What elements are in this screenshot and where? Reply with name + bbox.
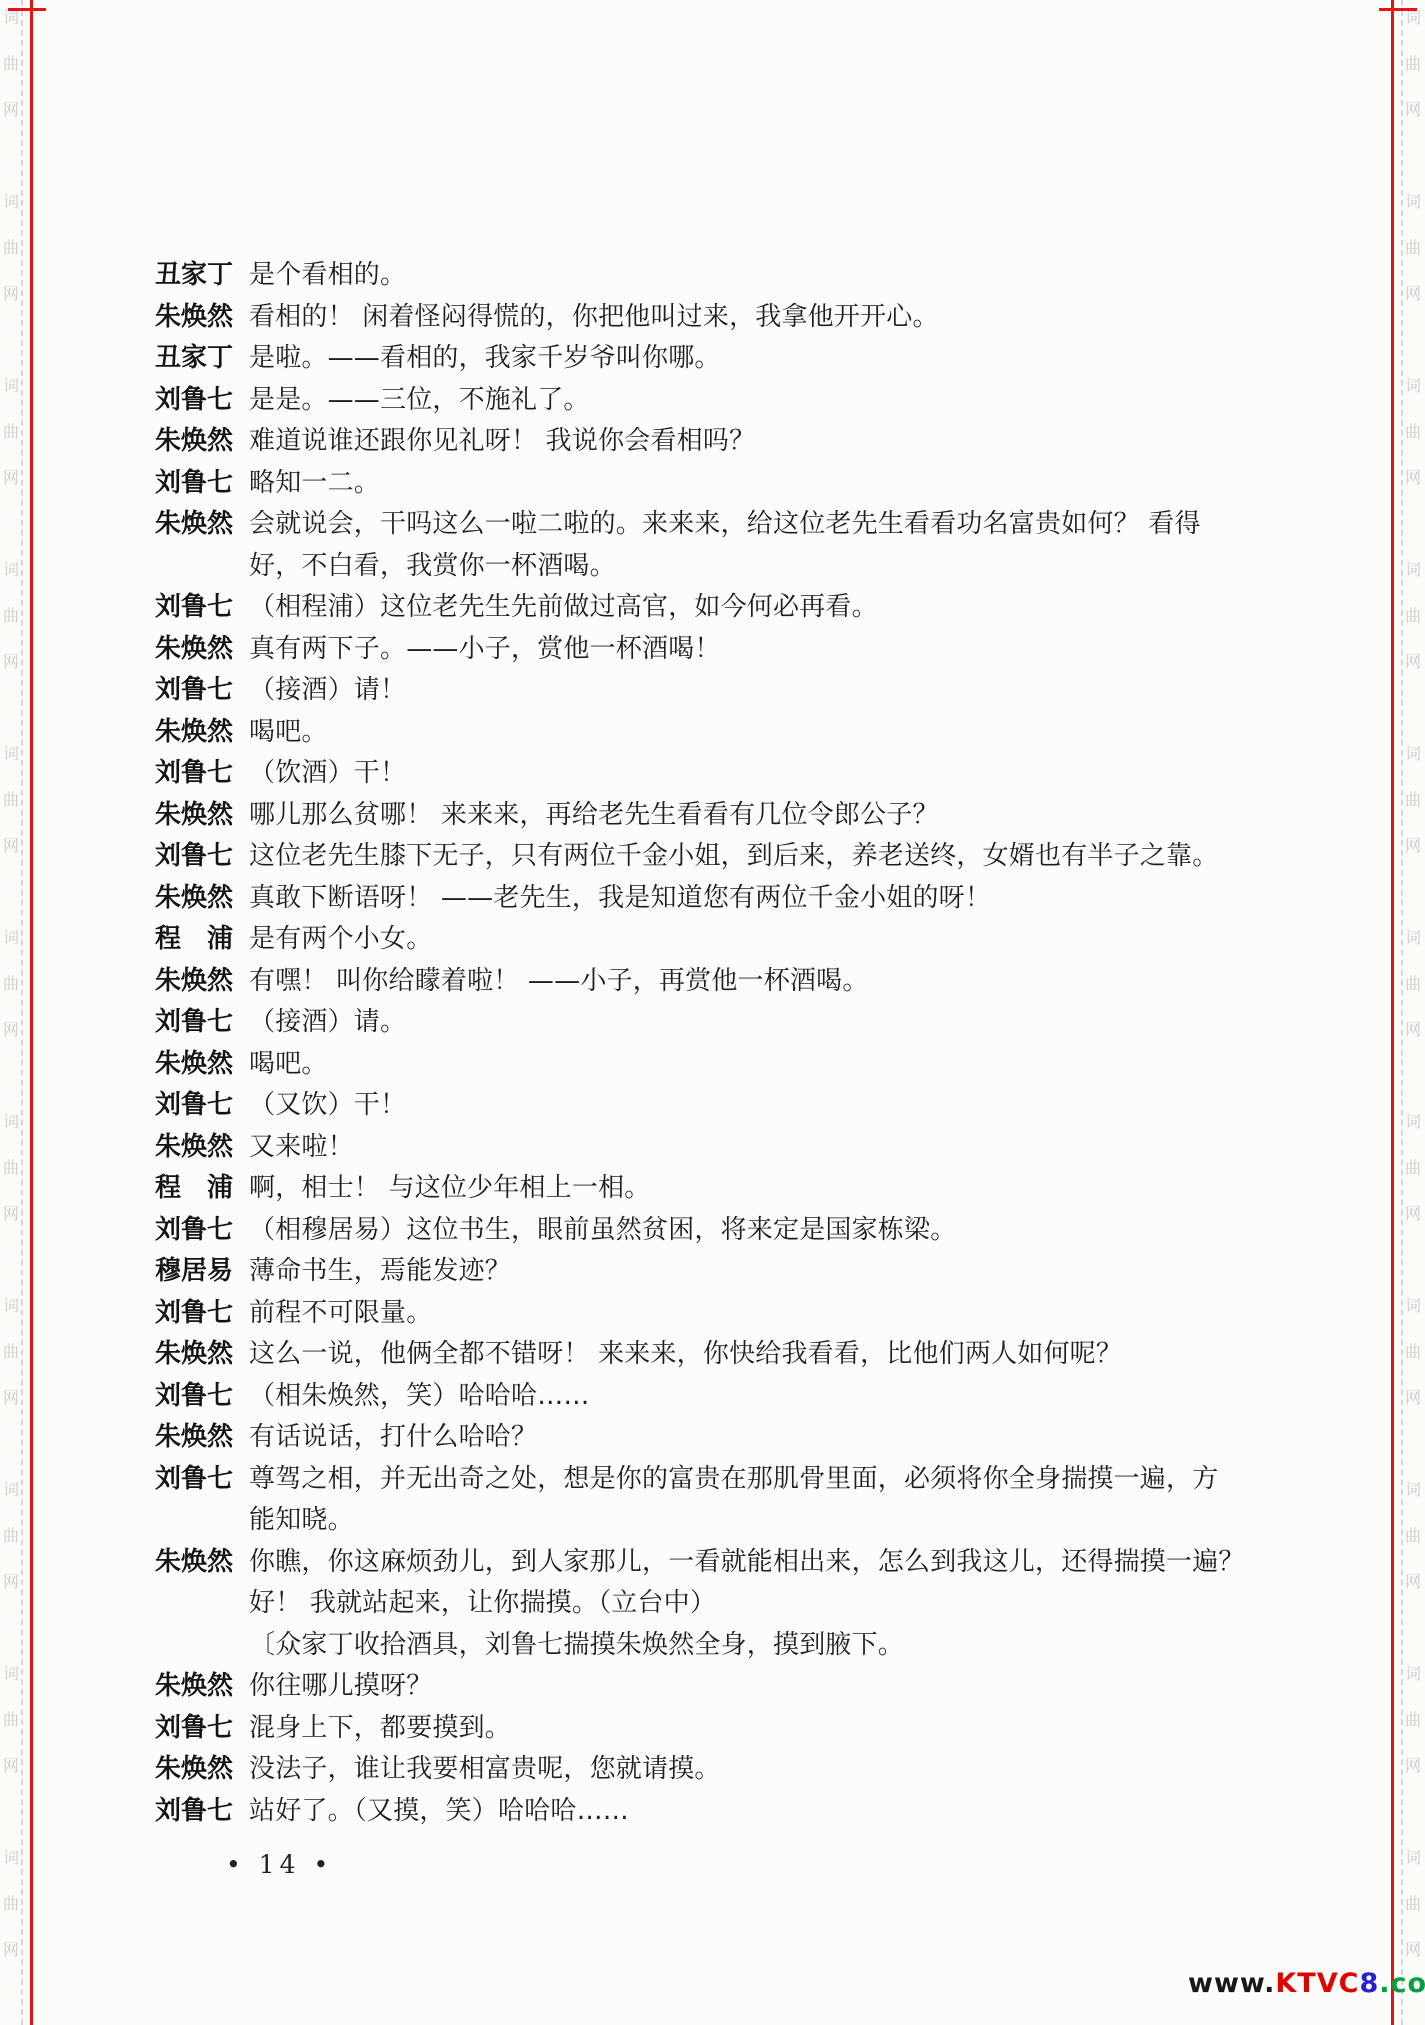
dialogue-text: 混身上下，都要摸到。 <box>249 1707 511 1744</box>
edge-watermark-char: 网 <box>1405 838 1421 854</box>
dialogue-text: （接酒）请。 <box>249 1001 406 1038</box>
script-line: 朱焕然 喝吧。 <box>155 1041 1245 1083</box>
dialogue-text: 没法子，谁让我要相富贵呢，您就请摸。 <box>249 1748 721 1785</box>
edge-watermark-char: 网 <box>3 1758 19 1774</box>
script-line: 刘鲁七 这位老先生膝下无子，只有两位千金小姐，到后来，养老送终，女婿也有半子之靠… <box>155 833 1245 875</box>
script-line: 朱焕然 真有两下子。——小子，赏他一杯酒喝！ <box>155 626 1245 668</box>
edge-watermark-char: 词 <box>1405 746 1421 762</box>
script-line: 刘鲁七 是是。——三位，不施礼了。 <box>155 377 1245 419</box>
edge-watermark-char: 曲 <box>1405 240 1421 256</box>
script-line: 刘鲁七 （饮酒）干！ <box>155 750 1245 792</box>
dialogue-text: 是啦。——看相的，我家千岁爷叫你哪。 <box>249 337 721 374</box>
script-line: 刘鲁七 （相穆居易）这位书生，眼前虽然贫困，将来定是国家栋梁。 <box>155 1207 1245 1249</box>
script-line: 刘鲁七 前程不可限量。 <box>155 1290 1245 1332</box>
speaker-name: 刘鲁七 <box>155 1375 237 1412</box>
edge-watermark-char: 网 <box>3 1574 19 1590</box>
script-line: 刘鲁七 （相朱焕然，笑）哈哈哈…… <box>155 1373 1245 1415</box>
speaker-name: 刘鲁七 <box>155 1292 237 1329</box>
edge-watermark-char: 曲 <box>1405 1712 1421 1728</box>
edge-watermark-char: 词 <box>3 562 19 578</box>
edge-watermark-char: 网 <box>1405 1942 1421 1958</box>
edge-watermark-char: 词 <box>1405 1114 1421 1130</box>
script-line: 好，不白看，我赏你一杯酒喝。 <box>155 543 1245 585</box>
edge-watermark-char: 曲 <box>1405 792 1421 808</box>
speaker-name: 刘鲁七 <box>155 1458 237 1495</box>
script-line: 朱焕然 哪儿那么贫哪！ 来来来，再给老先生看看有几位令郎公子？ <box>155 792 1245 834</box>
edge-watermark-char: 词 <box>3 1114 19 1130</box>
edge-watermark-char: 网 <box>1405 470 1421 486</box>
speaker-name: 程 浦 <box>155 918 237 955</box>
script-line: 刘鲁七 （接酒）请。 <box>155 999 1245 1041</box>
script-line: 朱焕然 你往哪儿摸呀？ <box>155 1663 1245 1705</box>
dialogue-text: （饮酒）干！ <box>249 752 406 789</box>
speaker-name: 刘鲁七 <box>155 752 237 789</box>
dialogue-text: 看相的！ 闲着怪闷得慌的，你把他叫过来，我拿他开开心。 <box>249 296 939 333</box>
edge-watermark-char: 曲 <box>3 976 19 992</box>
speaker-name: 刘鲁七 <box>155 835 237 872</box>
edge-watermark-char: 词 <box>3 194 19 210</box>
script-line: 刘鲁七 略知一二。 <box>155 460 1245 502</box>
crop-mark-horizontal-left <box>8 8 46 11</box>
script-line: 朱焕然 有话说话，打什么哈哈？ <box>155 1414 1245 1456</box>
speaker-name: 朱焕然 <box>155 711 237 748</box>
script-line: 程 浦 啊，相士！ 与这位少年相上一相。 <box>155 1165 1245 1207</box>
crop-mark-vertical-left <box>30 0 33 2025</box>
speaker-name: 朱焕然 <box>155 1333 237 1370</box>
edge-watermark-char: 词 <box>3 10 19 26</box>
site-watermark-ktvc: KTVC <box>1275 1968 1359 1999</box>
edge-watermark-char: 网 <box>1405 654 1421 670</box>
dialogue-text: 这位老先生膝下无子，只有两位千金小姐，到后来，养老送终，女婿也有半子之靠。 <box>249 835 1218 872</box>
dialogue-text: 略知一二。 <box>249 462 380 499</box>
script-line: 朱焕然 看相的！ 闲着怪闷得慌的，你把他叫过来，我拿他开开心。 <box>155 294 1245 336</box>
edge-watermark-char: 网 <box>3 102 19 118</box>
page-number: • 14 • <box>226 1850 333 1879</box>
edge-watermark-char: 词 <box>3 1482 19 1498</box>
edge-watermark-char: 曲 <box>3 1896 19 1912</box>
speaker-name: 朱焕然 <box>155 794 237 831</box>
speaker-name: 刘鲁七 <box>155 462 237 499</box>
edge-watermark-char: 网 <box>3 838 19 854</box>
edge-watermark-char: 词 <box>3 930 19 946</box>
edge-watermark-char: 网 <box>1405 286 1421 302</box>
dialogue-text: 尊驾之相，并无出奇之处，想是你的富贵在那肌骨里面，必须将你全身揣摸一遍，方 <box>249 1458 1218 1495</box>
dialogue-text: 难道说谁还跟你见礼呀！ 我说你会看相吗？ <box>249 420 755 457</box>
speaker-name: 朱焕然 <box>155 1541 237 1578</box>
edge-watermark-char: 曲 <box>1405 1344 1421 1360</box>
edge-watermark-char: 词 <box>1405 10 1421 26</box>
edge-watermark-char: 网 <box>1405 1206 1421 1222</box>
edge-watermark-char: 网 <box>3 654 19 670</box>
edge-watermark-char: 网 <box>1405 1758 1421 1774</box>
edge-watermark-char: 曲 <box>3 240 19 256</box>
speaker-name: 刘鲁七 <box>155 669 237 706</box>
crop-mark-horizontal-right <box>1379 8 1417 11</box>
edge-watermark-char: 曲 <box>3 1528 19 1544</box>
edge-watermark-char: 词 <box>1405 378 1421 394</box>
site-watermark: www.KTVC8.com <box>1188 1968 1425 1999</box>
edge-watermark-char: 曲 <box>1405 56 1421 72</box>
speaker-name: 朱焕然 <box>155 1665 237 1702</box>
speaker-name: 刘鲁七 <box>155 1084 237 1121</box>
dialogue-text: （相程浦）这位老先生先前做过高官，如今何必再看。 <box>249 586 878 623</box>
script-line: 朱焕然 会就说会，干吗这么一啦二啦的。来来来，给这位老先生看看功名富贵如何？ 看… <box>155 501 1245 543</box>
dialogue-text: （接酒）请！ <box>249 669 406 706</box>
dialogue-text: 是个看相的。 <box>249 254 406 291</box>
script-line: 朱焕然 有嘿！ 叫你给矇着啦！ ——小子，再赏他一杯酒喝。 <box>155 958 1245 1000</box>
site-watermark-www: www. <box>1188 1968 1275 1999</box>
edge-watermark-char: 词 <box>3 1666 19 1682</box>
script-line: 穆居易 薄命书生，焉能发迹？ <box>155 1248 1245 1290</box>
script-line: 程 浦 是有两个小女。 <box>155 916 1245 958</box>
dialogue-text: 有嘿！ 叫你给矇着啦！ ——小子，再赏他一杯酒喝。 <box>249 960 869 997</box>
speaker-name: 朱焕然 <box>155 1416 237 1453</box>
dialogue-text: 能知晓。 <box>249 1499 354 1536</box>
dialogue-text: 前程不可限量。 <box>249 1292 432 1329</box>
edge-watermark-char: 曲 <box>3 608 19 624</box>
dialogue-text: 薄命书生，焉能发迹？ <box>249 1250 511 1287</box>
speaker-name: 刘鲁七 <box>155 1790 237 1827</box>
edge-watermark-left: 词曲网词曲网词曲网词曲网词曲网词曲网词曲网词曲网词曲网词曲网词曲网 <box>3 0 23 2025</box>
speaker-name: 朱焕然 <box>155 1748 237 1785</box>
edge-watermark-char: 词 <box>3 1298 19 1314</box>
script-line: 能知晓。 <box>155 1497 1245 1539</box>
site-watermark-8: 8 <box>1359 1968 1379 1999</box>
dialogue-text: 真敢下断语呀！ ——老先生，我是知道您有两位千金小姐的呀！ <box>249 877 991 914</box>
speaker-name: 刘鲁七 <box>155 1707 237 1744</box>
edge-watermark-char: 词 <box>1405 1482 1421 1498</box>
dialogue-text: 站好了。（又摸，笑）哈哈哈…… <box>249 1790 629 1827</box>
speaker-name: 朱焕然 <box>155 296 237 333</box>
edge-watermark-char: 词 <box>1405 1666 1421 1682</box>
script-line: 刘鲁七 （又饮）干！ <box>155 1082 1245 1124</box>
dialogue-text: 啊，相士！ 与这位少年相上一相。 <box>249 1167 650 1204</box>
speaker-name: 刘鲁七 <box>155 586 237 623</box>
dialogue-text: （相穆居易）这位书生，眼前虽然贫困，将来定是国家栋梁。 <box>249 1209 956 1246</box>
edge-watermark-char: 网 <box>3 1022 19 1038</box>
edge-watermark-char: 曲 <box>3 1712 19 1728</box>
crop-mark-vertical-right <box>1391 0 1394 2025</box>
edge-watermark-char: 曲 <box>1405 1160 1421 1176</box>
edge-watermark-char: 曲 <box>1405 1896 1421 1912</box>
site-watermark-com: .com <box>1379 1968 1425 1999</box>
speaker-name: 丑家丁 <box>155 337 237 374</box>
edge-watermark-char: 网 <box>3 1390 19 1406</box>
dialogue-text: 哪儿那么贫哪！ 来来来，再给老先生看看有几位令郎公子？ <box>249 794 939 831</box>
dialogue-text: 你瞧，你这麻烦劲儿，到人家那儿，一看就能相出来，怎么到我这儿，还得揣摸一遍？ <box>249 1541 1245 1578</box>
edge-watermark-char: 网 <box>3 1942 19 1958</box>
edge-watermark-char: 词 <box>3 1850 19 1866</box>
speaker-name: 朱焕然 <box>155 960 237 997</box>
script-line: 朱焕然 你瞧，你这麻烦劲儿，到人家那儿，一看就能相出来，怎么到我这儿，还得揣摸一… <box>155 1539 1245 1581</box>
dialogue-text: 喝吧。 <box>249 711 328 748</box>
edge-watermark-char: 网 <box>1405 1574 1421 1590</box>
edge-watermark-char: 词 <box>1405 1850 1421 1866</box>
edge-watermark-char: 网 <box>3 1206 19 1222</box>
edge-watermark-char: 网 <box>3 286 19 302</box>
edge-watermark-char: 词 <box>3 746 19 762</box>
script-line: 刘鲁七 尊驾之相，并无出奇之处，想是你的富贵在那肌骨里面，必须将你全身揣摸一遍，… <box>155 1456 1245 1498</box>
edge-watermark-char: 曲 <box>1405 1528 1421 1544</box>
dialogue-text: 真有两下子。——小子，赏他一杯酒喝！ <box>249 628 721 665</box>
script-line: 刘鲁七 （接酒）请！ <box>155 667 1245 709</box>
dialogue-text: 喝吧。 <box>249 1043 328 1080</box>
edge-watermark-char: 曲 <box>3 1344 19 1360</box>
speaker-name: 朱焕然 <box>155 628 237 665</box>
edge-watermark-char: 网 <box>1405 102 1421 118</box>
speaker-name: 穆居易 <box>155 1250 237 1287</box>
speaker-name: 丑家丁 <box>155 254 237 291</box>
edge-watermark-char: 曲 <box>1405 976 1421 992</box>
dialogue-text: 是有两个小女。 <box>249 918 432 955</box>
speaker-name: 朱焕然 <box>155 420 237 457</box>
script-line: 朱焕然 真敢下断语呀！ ——老先生，我是知道您有两位千金小姐的呀！ <box>155 875 1245 917</box>
edge-watermark-char: 网 <box>3 470 19 486</box>
script-page-body: 丑家丁 是个看相的。 朱焕然 看相的！ 闲着怪闷得慌的，你把他叫过来，我拿他开开… <box>155 252 1245 1829</box>
edge-watermark-char: 网 <box>1405 1022 1421 1038</box>
edge-watermark-char: 词 <box>1405 930 1421 946</box>
speaker-name: 刘鲁七 <box>155 1001 237 1038</box>
edge-watermark-char: 词 <box>3 378 19 394</box>
speaker-name: 刘鲁七 <box>155 379 237 416</box>
dialogue-text: （相朱焕然，笑）哈哈哈…… <box>249 1375 590 1412</box>
edge-watermark-char: 曲 <box>1405 608 1421 624</box>
script-line: 丑家丁 是啦。——看相的，我家千岁爷叫你哪。 <box>155 335 1245 377</box>
edge-watermark-char: 词 <box>1405 562 1421 578</box>
dialogue-text: 〔众家丁收拾酒具，刘鲁七揣摸朱焕然全身，摸到腋下。 <box>249 1624 904 1661</box>
dialogue-text: 好！ 我就站起来，让你揣摸。（立台中） <box>249 1582 716 1619</box>
script-line: 朱焕然 没法子，谁让我要相富贵呢，您就请摸。 <box>155 1746 1245 1788</box>
script-line: 刘鲁七 站好了。（又摸，笑）哈哈哈…… <box>155 1788 1245 1830</box>
script-line: 朱焕然 喝吧。 <box>155 709 1245 751</box>
script-line: 丑家丁 是个看相的。 <box>155 252 1245 294</box>
dialogue-text: 你往哪儿摸呀？ <box>249 1665 432 1702</box>
edge-watermark-right: 词曲网词曲网词曲网词曲网词曲网词曲网词曲网词曲网词曲网词曲网词曲网 <box>1405 0 1425 2025</box>
script-line: 朱焕然 这么一说，他俩全都不错呀！ 来来来，你快给我看看，比他们两人如何呢？ <box>155 1331 1245 1373</box>
right-edge-dashed-rule <box>1401 0 1403 2025</box>
script-line: 朱焕然 难道说谁还跟你见礼呀！ 我说你会看相吗？ <box>155 418 1245 460</box>
edge-watermark-char: 词 <box>1405 1298 1421 1314</box>
edge-watermark-char: 曲 <box>3 792 19 808</box>
script-line: 〔众家丁收拾酒具，刘鲁七揣摸朱焕然全身，摸到腋下。 <box>155 1622 1245 1664</box>
script-line: 刘鲁七 混身上下，都要摸到。 <box>155 1705 1245 1747</box>
script-line: 好！ 我就站起来，让你揣摸。（立台中） <box>155 1580 1245 1622</box>
dialogue-text: 有话说话，打什么哈哈？ <box>249 1416 537 1453</box>
speaker-name: 朱焕然 <box>155 503 237 540</box>
script-line: 刘鲁七 （相程浦）这位老先生先前做过高官，如今何必再看。 <box>155 584 1245 626</box>
dialogue-text: 这么一说，他俩全都不错呀！ 来来来，你快给我看看，比他们两人如何呢？ <box>249 1333 1122 1370</box>
speaker-name: 朱焕然 <box>155 1043 237 1080</box>
dialogue-text: 好，不白看，我赏你一杯酒喝。 <box>249 545 616 582</box>
speaker-name: 程 浦 <box>155 1167 237 1204</box>
edge-watermark-char: 曲 <box>1405 424 1421 440</box>
dialogue-text: 是是。——三位，不施礼了。 <box>249 379 590 416</box>
script-line: 朱焕然 又来啦！ <box>155 1124 1245 1166</box>
dialogue-text: 会就说会，干吗这么一啦二啦的。来来来，给这位老先生看看功名富贵如何？ 看得 <box>249 503 1201 540</box>
dialogue-text: （又饮）干！ <box>249 1084 406 1121</box>
edge-watermark-char: 曲 <box>3 424 19 440</box>
dialogue-text: 又来啦！ <box>249 1126 354 1163</box>
edge-watermark-char: 词 <box>1405 194 1421 210</box>
edge-watermark-char: 曲 <box>3 56 19 72</box>
edge-watermark-char: 网 <box>1405 1390 1421 1406</box>
speaker-name: 朱焕然 <box>155 877 237 914</box>
speaker-name: 刘鲁七 <box>155 1209 237 1246</box>
speaker-name: 朱焕然 <box>155 1126 237 1163</box>
edge-watermark-char: 曲 <box>3 1160 19 1176</box>
